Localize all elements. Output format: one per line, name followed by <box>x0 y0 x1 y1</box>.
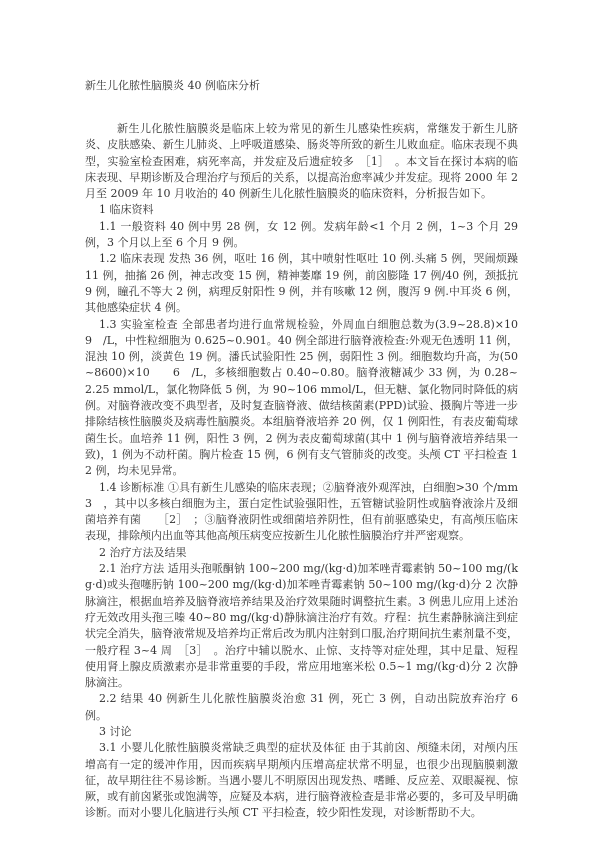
paper-title: 新生儿化脓性脑膜炎 40 例临床分析 <box>85 78 518 94</box>
paragraph: 1.1 一般资料 40 例中男 28 例，女 12 例。发病年龄<1 个月 2 … <box>85 219 518 252</box>
section-heading: 2 治疗方法及结果 <box>85 545 518 561</box>
section-heading: 1 临床资料 <box>85 202 518 218</box>
paragraph: 1.4 诊断标准 ①具有新生儿感染的临床表现；②脑脊液外观浑浊，白细胞>30 个… <box>85 480 518 545</box>
text-column: 新生儿化脓性脑膜炎 40 例临床分析 新生儿化脓性脑膜炎是临床上较为常见的新生儿… <box>85 78 518 822</box>
paragraph: 新生儿化脓性脑膜炎是临床上较为常见的新生儿感染性疾病，常继发于新生儿脐炎、皮肤感… <box>85 121 518 202</box>
section-heading: 3 讨论 <box>85 724 518 740</box>
paragraph: 1.2 临床表现 发热 36 例，呕吐 16 例，其中喷射性呕吐 10 例.头痛… <box>85 251 518 316</box>
paragraph: 3.1 小婴儿化脓性脑膜炎常缺乏典型的症状及体征 由于其前囟、颅缝未闭，对颅内压… <box>85 740 518 821</box>
paragraph: 1.3 实验室检查 全部患者均进行血常规检验，外周血白细胞总数为(3.9~28.… <box>85 317 518 480</box>
paragraph: 2.1 治疗方法 适用头孢哌酮钠 100~200 mg/(kg·d)加苯唑青霉素… <box>85 561 518 691</box>
document-page: 新生儿化脓性脑膜炎 40 例临床分析 新生儿化脓性脑膜炎是临床上较为常见的新生儿… <box>0 0 600 850</box>
paragraph: 2.2 结果 40 例新生儿化脓性脑膜炎治愈 31 例，死亡 3 例，自动出院放… <box>85 691 518 724</box>
paper-body: 新生儿化脓性脑膜炎是临床上较为常见的新生儿感染性疾病，常继发于新生儿脐炎、皮肤感… <box>85 121 518 822</box>
